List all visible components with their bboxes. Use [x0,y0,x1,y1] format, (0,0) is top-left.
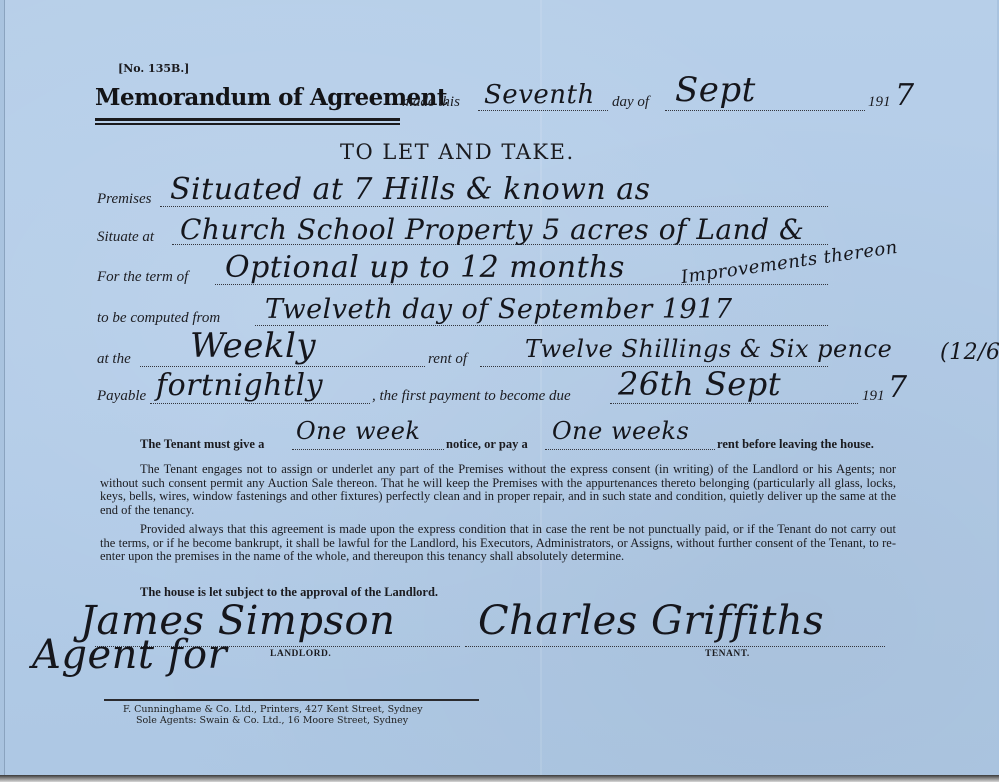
at-the-label: at the [97,351,131,368]
situate-at-label: Situate at [97,229,154,246]
premises-value[interactable]: Situated at 7 Hills & known as [170,172,651,207]
first-payment-year-suffix[interactable]: 7 [888,370,908,405]
made-this-label: made this [402,94,460,111]
first-payment-line [610,403,858,404]
paper-bottom-edge [0,775,999,782]
printer-line-2: Sole Agents: Swain & Co. Ltd., 16 Moore … [136,715,408,726]
rent-of-value[interactable]: Twelve Shillings & Six pence [525,335,892,363]
payable-line [150,403,370,404]
tenant-signature-line [465,646,885,647]
computed-from-value[interactable]: Twelveth day of September 1917 [265,294,733,325]
payable-value[interactable]: fortnightly [156,368,323,403]
rent-notice-line [545,449,715,450]
printer-rule [104,699,479,701]
rent-notice-value[interactable]: One weeks [552,417,689,445]
notice-suffix: rent before leaving the house. [717,437,874,452]
rent-amount[interactable]: (12/6) [940,340,999,365]
at-the-line [140,366,425,367]
printer-line-1: F. Cunninghame & Co. Ltd., Printers, 427… [123,704,423,715]
first-payment-value[interactable]: 26th Sept [618,365,781,403]
notice-middle: notice, or pay a [446,437,528,452]
first-payment-year-prefix: 191 [862,388,885,405]
year-suffix[interactable]: 7 [895,78,915,113]
rent-of-label: rent of [428,351,467,368]
form-number: [No. 135B.] [118,62,189,75]
landlord-agent-note[interactable]: Agent for [32,632,227,678]
landlord-label: LANDLORD. [270,649,331,659]
rent-period-value[interactable]: Weekly [190,326,316,366]
month-field-line [665,110,865,111]
tenant-label: TENANT. [705,649,750,659]
title-rule-thin [95,123,400,125]
notice-line [292,449,444,450]
year-prefix: 191 [868,94,891,111]
document-title: Memorandum of Agreement [95,84,447,111]
day-of-label: day of [612,94,649,111]
term-label: For the term of [97,269,188,286]
tenant-signature[interactable]: Charles Griffiths [478,598,824,644]
term-value[interactable]: Optional up to 12 months [225,250,625,285]
month-value[interactable]: Sept [675,70,756,110]
re-entry-clause: Provided always that this agreement is m… [100,523,896,564]
first-payment-label: , the first payment to become due [372,388,571,405]
notice-prefix: The Tenant must give a [140,437,264,452]
notice-value[interactable]: One week [296,417,420,445]
day-field-line [478,110,608,111]
premises-label: Premises [97,191,151,208]
day-value[interactable]: Seventh [484,80,595,110]
title-rule [95,118,400,121]
situate-at-value[interactable]: Church School Property 5 acres of Land & [180,213,804,246]
assignment-clause: The Tenant engages not to assign or unde… [100,463,896,517]
payable-label: Payable [97,388,146,405]
computed-from-label: to be computed from [97,310,220,327]
computed-from-line [255,325,828,326]
document-subtitle: TO LET AND TAKE. [340,140,575,164]
